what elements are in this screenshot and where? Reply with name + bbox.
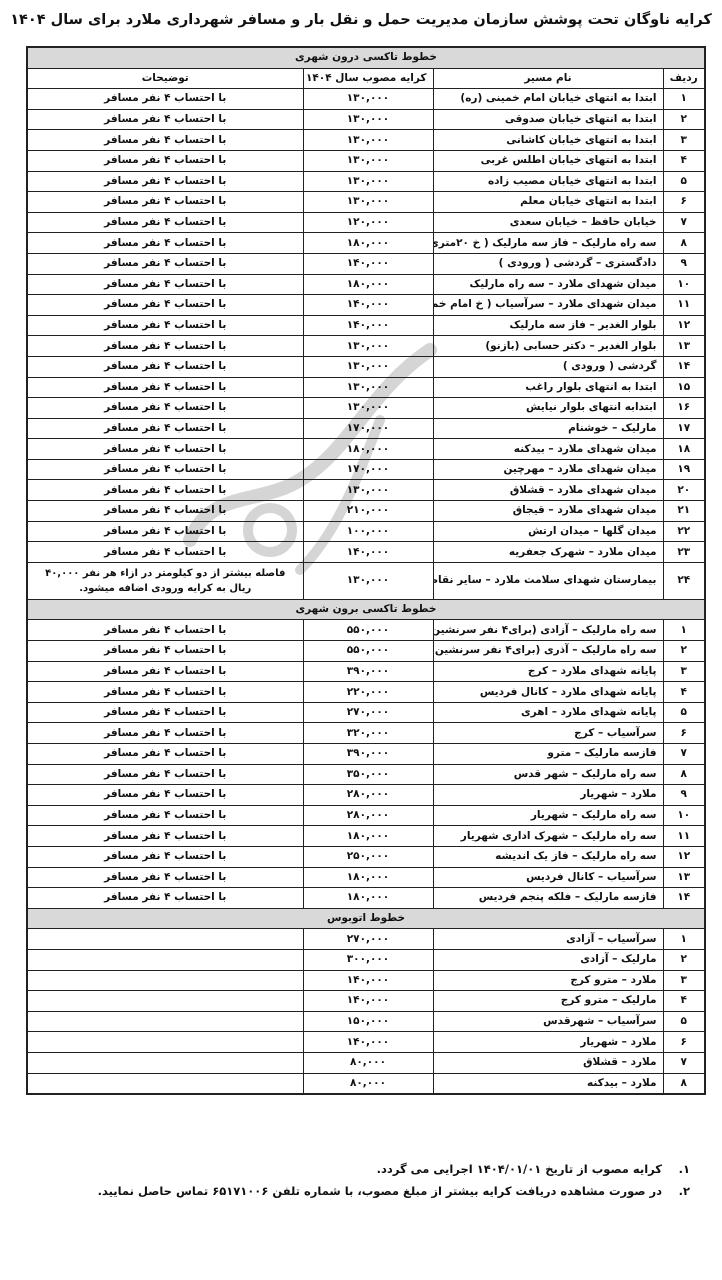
footnote-item: ۲.در صورت مشاهده دریافت کرایه بیشتر از م…	[98, 1180, 690, 1202]
table-row: ۱۹میدان شهدای ملارد – مهرچین۱۷۰,۰۰۰با اح…	[27, 459, 705, 480]
table-row: ۱۳سرآسیاب – کانال فردیس۱۸۰,۰۰۰با احتساب …	[27, 867, 705, 888]
row-index: ۴	[663, 150, 705, 171]
table-row: ۴ابتدا به انتهای خیابان اطلس غربی۱۳۰,۰۰۰…	[27, 150, 705, 171]
row-note: با احتساب ۴ نفر مسافر	[27, 620, 303, 641]
table-row: ۵پایانه شهدای ملارد – اهری۲۷۰,۰۰۰با احتس…	[27, 702, 705, 723]
row-index: ۹	[663, 785, 705, 806]
section-header: خطوط اتوبوس	[27, 908, 705, 929]
row-note: با احتساب ۴ نفر مسافر	[27, 682, 303, 703]
route-name: سه راه مارلیک – آزادی (برای۴ نفر سرنشین)	[433, 620, 663, 641]
fare-amount: ۳۹۰,۰۰۰	[303, 661, 433, 682]
row-index: ۶	[663, 1032, 705, 1053]
route-name: سه راه مارلیک – شهر قدس	[433, 764, 663, 785]
route-name: میدان شهدای ملارد – مهرچین	[433, 459, 663, 480]
table-row: ۱۱سه راه مارلیک – شهرک اداری شهریار۱۸۰,۰…	[27, 826, 705, 847]
row-note: با احتساب ۴ نفر مسافر	[27, 702, 303, 723]
fare-amount: ۱۴۰,۰۰۰	[303, 253, 433, 274]
fare-amount: ۱۳۰,۰۰۰	[303, 377, 433, 398]
table-row: ۴پایانه شهدای ملارد – کانال فردیس۲۲۰,۰۰۰…	[27, 682, 705, 703]
row-note	[27, 991, 303, 1012]
row-index: ۴	[663, 682, 705, 703]
fare-amount: ۱۴۰,۰۰۰	[303, 315, 433, 336]
fare-amount: ۸۰,۰۰۰	[303, 1073, 433, 1094]
route-name: بیمارستان شهدای سلامت ملارد – سایر نقاط …	[433, 562, 663, 599]
row-index: ۱۱	[663, 295, 705, 316]
fare-amount: ۱۸۰,۰۰۰	[303, 233, 433, 254]
row-note: با احتساب ۴ نفر مسافر	[27, 356, 303, 377]
table-row: ۱۰سه راه مارلیک – شهریار۲۸۰,۰۰۰با احتساب…	[27, 805, 705, 826]
fare-amount: ۱۳۰,۰۰۰	[303, 480, 433, 501]
row-index: ۳	[663, 970, 705, 991]
route-name: بلوار الغدیر – دکتر حسابی (بازنو)	[433, 336, 663, 357]
row-note: با احتساب ۴ نفر مسافر	[27, 846, 303, 867]
row-index: ۱۳	[663, 867, 705, 888]
row-note: با احتساب ۴ نفر مسافر	[27, 439, 303, 460]
route-name: فازسه مارلیک – مترو	[433, 744, 663, 765]
document-title: کرایه ناوگان تحت پوشش سازمان مدیریت حمل …	[0, 12, 722, 28]
column-header-route: نام مسیر	[433, 68, 663, 89]
table-row: ۳ملارد – مترو کرج۱۴۰,۰۰۰	[27, 970, 705, 991]
route-name: سه راه مارلیک – فاز یک اندیشه	[433, 846, 663, 867]
route-name: سه راه مارلیک – شهرک اداری شهریار	[433, 826, 663, 847]
fare-amount: ۲۸۰,۰۰۰	[303, 785, 433, 806]
fare-amount: ۱۳۰,۰۰۰	[303, 150, 433, 171]
table-row: ۸سه راه مارلیک – شهر قدس۳۵۰,۰۰۰با احتساب…	[27, 764, 705, 785]
fare-amount: ۱۳۰,۰۰۰	[303, 336, 433, 357]
table-row: ۵سرآسیاب – شهرقدس۱۵۰,۰۰۰	[27, 1011, 705, 1032]
row-index: ۱	[663, 620, 705, 641]
row-note	[27, 1073, 303, 1094]
fares-table: خطوط تاکسی درون شهریردیفنام مسیرکرایه مص…	[26, 46, 706, 1095]
row-index: ۱۹	[663, 459, 705, 480]
route-name: سه راه مارلیک – شهریار	[433, 805, 663, 826]
footnotes: ۱.کرایه مصوب از تاریخ ۱۴۰۴/۰۱/۰۱ اجرایی …	[98, 1158, 690, 1202]
table-row: ۹دادگستری – گردشی ( ورودی )۱۴۰,۰۰۰با احت…	[27, 253, 705, 274]
section-title: خطوط اتوبوس	[27, 908, 705, 929]
fare-amount: ۲۷۰,۰۰۰	[303, 702, 433, 723]
fare-amount: ۱۸۰,۰۰۰	[303, 888, 433, 909]
fare-amount: ۱۴۰,۰۰۰	[303, 542, 433, 563]
row-index: ۸	[663, 764, 705, 785]
table-row: ۲۳میدان ملارد – شهرک جعفریه۱۴۰,۰۰۰با احت…	[27, 542, 705, 563]
row-note: با احتساب ۴ نفر مسافر	[27, 109, 303, 130]
table-row: ۸سه راه مارلیک – فاز سه مارلیک ( خ ۲۰متر…	[27, 233, 705, 254]
row-index: ۱۲	[663, 846, 705, 867]
fare-amount: ۲۱۰,۰۰۰	[303, 501, 433, 522]
route-name: ملارد – مترو کرج	[433, 970, 663, 991]
footnote-item: ۱.کرایه مصوب از تاریخ ۱۴۰۴/۰۱/۰۱ اجرایی …	[98, 1158, 690, 1180]
route-name: میدان شهدای ملارد – قیجاق	[433, 501, 663, 522]
row-note: با احتساب ۴ نفر مسافر	[27, 521, 303, 542]
row-index: ۷	[663, 744, 705, 765]
row-note: با احتساب ۴ نفر مسافر	[27, 723, 303, 744]
fare-amount: ۱۳۰,۰۰۰	[303, 171, 433, 192]
row-index: ۳	[663, 130, 705, 151]
table-row: ۶ملارد – شهریار۱۴۰,۰۰۰	[27, 1032, 705, 1053]
footnote-text: کرایه مصوب از تاریخ ۱۴۰۴/۰۱/۰۱ اجرایی می…	[377, 1162, 662, 1176]
row-index: ۱۵	[663, 377, 705, 398]
row-index: ۱۲	[663, 315, 705, 336]
footnote-text: در صورت مشاهده دریافت کرایه بیشتر از مبل…	[98, 1184, 662, 1198]
section-title: خطوط تاکسی برون شهری	[27, 599, 705, 620]
fare-amount: ۳۰۰,۰۰۰	[303, 949, 433, 970]
route-name: مارلیک – مترو کرج	[433, 991, 663, 1012]
row-index: ۱۰	[663, 274, 705, 295]
row-index: ۳	[663, 661, 705, 682]
row-index: ۱۷	[663, 418, 705, 439]
row-index: ۵	[663, 171, 705, 192]
route-name: دادگستری – گردشی ( ورودی )	[433, 253, 663, 274]
row-note: با احتساب ۴ نفر مسافر	[27, 233, 303, 254]
table-row: ۱۳بلوار الغدیر – دکتر حسابی (بازنو)۱۳۰,۰…	[27, 336, 705, 357]
route-name: گردشی ( ورودی )	[433, 356, 663, 377]
fare-amount: ۳۲۰,۰۰۰	[303, 723, 433, 744]
row-note: با احتساب ۴ نفر مسافر	[27, 805, 303, 826]
fare-amount: ۵۵۰,۰۰۰	[303, 641, 433, 662]
row-index: ۲۱	[663, 501, 705, 522]
row-note: با احتساب ۴ نفر مسافر	[27, 459, 303, 480]
table-row: ۲سه راه مارلیک – آذری (برای۴ نفر سرنشین)…	[27, 641, 705, 662]
table-row: ۱۲بلوار الغدیر – فاز سه مارلیک۱۴۰,۰۰۰با …	[27, 315, 705, 336]
row-note: با احتساب ۴ نفر مسافر	[27, 171, 303, 192]
fare-amount: ۱۸۰,۰۰۰	[303, 439, 433, 460]
row-index: ۱۳	[663, 336, 705, 357]
route-name: ابتدا به انتهای خیابان معلم	[433, 192, 663, 213]
footnote-number: ۱.	[662, 1158, 690, 1180]
table-row: ۸ملارد – بیدکنه۸۰,۰۰۰	[27, 1073, 705, 1094]
row-note: با احتساب ۴ نفر مسافر	[27, 315, 303, 336]
row-note: با احتساب ۴ نفر مسافر	[27, 377, 303, 398]
table-row: ۹ملارد – شهریار۲۸۰,۰۰۰با احتساب ۴ نفر مس…	[27, 785, 705, 806]
row-index: ۲۲	[663, 521, 705, 542]
fare-amount: ۱۵۰,۰۰۰	[303, 1011, 433, 1032]
route-name: سرآسیاب – آزادی	[433, 929, 663, 950]
row-note: با احتساب ۴ نفر مسافر	[27, 89, 303, 110]
route-name: میدان شهدای ملارد – سرآسیاب ( خ امام خمی…	[433, 295, 663, 316]
row-index: ۲۴	[663, 562, 705, 599]
fare-amount: ۱۳۰,۰۰۰	[303, 109, 433, 130]
table-row: ۶سرآسیاب – کرج۳۲۰,۰۰۰با احتساب ۴ نفر مسا…	[27, 723, 705, 744]
column-header-index: ردیف	[663, 68, 705, 89]
fare-amount: ۲۲۰,۰۰۰	[303, 682, 433, 703]
row-note: با احتساب ۴ نفر مسافر	[27, 542, 303, 563]
row-note	[27, 970, 303, 991]
table-row: ۶ابتدا به انتهای خیابان معلم۱۳۰,۰۰۰با اح…	[27, 192, 705, 213]
route-name: سرآسیاب – کانال فردیس	[433, 867, 663, 888]
route-name: پایانه شهدای ملارد – کانال فردیس	[433, 682, 663, 703]
row-note: با احتساب ۴ نفر مسافر	[27, 764, 303, 785]
route-name: ابتدا به انتهای خیابان مصیب زاده	[433, 171, 663, 192]
row-note: با احتساب ۴ نفر مسافر	[27, 253, 303, 274]
fare-amount: ۱۳۰,۰۰۰	[303, 562, 433, 599]
table-row: ۲ابتدا به انتهای خیابان صدوقی۱۳۰,۰۰۰با ا…	[27, 109, 705, 130]
row-note: با احتساب ۴ نفر مسافر	[27, 274, 303, 295]
table-row: ۱ابتدا به انتهای خیابان امام خمینی (ره)۱…	[27, 89, 705, 110]
column-header-fare: کرایه مصوب سال ۱۴۰۴	[303, 68, 433, 89]
table-row: ۱۴گردشی ( ورودی )۱۳۰,۰۰۰با احتساب ۴ نفر …	[27, 356, 705, 377]
row-note: با احتساب ۴ نفر مسافر	[27, 744, 303, 765]
row-index: ۱۴	[663, 356, 705, 377]
table-row: ۲۱میدان شهدای ملارد – قیجاق۲۱۰,۰۰۰با احت…	[27, 501, 705, 522]
table-row: ۵ابتدا به انتهای خیابان مصیب زاده۱۳۰,۰۰۰…	[27, 171, 705, 192]
row-index: ۲	[663, 949, 705, 970]
row-index: ۲۳	[663, 542, 705, 563]
row-note	[27, 1032, 303, 1053]
fare-amount: ۱۴۰,۰۰۰	[303, 991, 433, 1012]
row-note: با احتساب ۴ نفر مسافر	[27, 501, 303, 522]
row-index: ۷	[663, 1052, 705, 1073]
table-row: ۷فازسه مارلیک – مترو۳۹۰,۰۰۰با احتساب ۴ ن…	[27, 744, 705, 765]
fare-amount: ۱۸۰,۰۰۰	[303, 274, 433, 295]
row-note: با احتساب ۴ نفر مسافر	[27, 888, 303, 909]
route-name: میدان شهدای ملارد – قشلاق	[433, 480, 663, 501]
table-row: ۲۴بیمارستان شهدای سلامت ملارد – سایر نقا…	[27, 562, 705, 599]
route-name: ابتدا به انتهای بلوار راغب	[433, 377, 663, 398]
row-note: با احتساب ۴ نفر مسافر	[27, 192, 303, 213]
row-index: ۲۰	[663, 480, 705, 501]
row-note: با احتساب ۴ نفر مسافر	[27, 480, 303, 501]
row-index: ۱	[663, 89, 705, 110]
table-row: ۱۵ابتدا به انتهای بلوار راغب۱۳۰,۰۰۰با اح…	[27, 377, 705, 398]
row-note: با احتساب ۴ نفر مسافر	[27, 150, 303, 171]
route-name: خیابان حافظ – خیابان سعدی	[433, 212, 663, 233]
table-row: ۱۴فازسه مارلیک – فلکه پنجم فردیس۱۸۰,۰۰۰ب…	[27, 888, 705, 909]
table-row: ۴مارلیک – مترو کرج۱۴۰,۰۰۰	[27, 991, 705, 1012]
row-note: با احتساب ۴ نفر مسافر	[27, 826, 303, 847]
column-header-row: ردیفنام مسیرکرایه مصوب سال ۱۴۰۴توضیحات	[27, 68, 705, 89]
table-row: ۱۲سه راه مارلیک – فاز یک اندیشه۲۵۰,۰۰۰با…	[27, 846, 705, 867]
row-index: ۲	[663, 641, 705, 662]
table-row: ۲۰میدان شهدای ملارد – قشلاق۱۳۰,۰۰۰با احت…	[27, 480, 705, 501]
route-name: سرآسیاب – کرج	[433, 723, 663, 744]
fare-amount: ۱۳۰,۰۰۰	[303, 356, 433, 377]
route-name: سه راه مارلیک – آذری (برای۴ نفر سرنشین)	[433, 641, 663, 662]
fare-amount: ۱۴۰,۰۰۰	[303, 970, 433, 991]
route-name: میدان شهدای ملارد – بیدکنه	[433, 439, 663, 460]
route-name: میدان گلها – میدان ارتش	[433, 521, 663, 542]
route-name: ملارد – شهریار	[433, 1032, 663, 1053]
route-name: سه راه مارلیک – فاز سه مارلیک ( خ ۲۰متری…	[433, 233, 663, 254]
section-title: خطوط تاکسی درون شهری	[27, 47, 705, 68]
route-name: ملارد – بیدکنه	[433, 1073, 663, 1094]
row-note	[27, 1052, 303, 1073]
table-row: ۳پایانه شهدای ملارد – کرج۳۹۰,۰۰۰با احتسا…	[27, 661, 705, 682]
row-note: با احتساب ۴ نفر مسافر	[27, 398, 303, 419]
fare-amount: ۲۵۰,۰۰۰	[303, 846, 433, 867]
route-name: ابتدا به انتهای خیابان کاشانی	[433, 130, 663, 151]
route-name: بلوار الغدیر – فاز سه مارلیک	[433, 315, 663, 336]
table-row: ۱سرآسیاب – آزادی۲۷۰,۰۰۰	[27, 929, 705, 950]
fare-amount: ۱۰۰,۰۰۰	[303, 521, 433, 542]
fare-amount: ۵۵۰,۰۰۰	[303, 620, 433, 641]
row-note: فاصله بیشتر از دو کیلومتر در ازاء هر نفر…	[27, 562, 303, 599]
row-index: ۵	[663, 1011, 705, 1032]
row-index: ۱	[663, 929, 705, 950]
fare-amount: ۱۷۰,۰۰۰	[303, 459, 433, 480]
table-row: ۱سه راه مارلیک – آزادی (برای۴ نفر سرنشین…	[27, 620, 705, 641]
route-name: ملارد – شهریار	[433, 785, 663, 806]
route-name: ابتدا به انتهای خیابان صدوقی	[433, 109, 663, 130]
fare-amount: ۱۴۰,۰۰۰	[303, 1032, 433, 1053]
table-row: ۳ابتدا به انتهای خیابان کاشانی۱۳۰,۰۰۰با …	[27, 130, 705, 151]
route-name: میدان ملارد – شهرک جعفریه	[433, 542, 663, 563]
table-row: ۱۷مارلیک – خوشنام۱۷۰,۰۰۰با احتساب ۴ نفر …	[27, 418, 705, 439]
route-name: سرآسیاب – شهرقدس	[433, 1011, 663, 1032]
fare-amount: ۲۷۰,۰۰۰	[303, 929, 433, 950]
section-header: خطوط تاکسی برون شهری	[27, 599, 705, 620]
column-header-note: توضیحات	[27, 68, 303, 89]
fare-amount: ۲۸۰,۰۰۰	[303, 805, 433, 826]
route-name: مارلیک – خوشنام	[433, 418, 663, 439]
row-note: با احتساب ۴ نفر مسافر	[27, 418, 303, 439]
fare-amount: ۱۸۰,۰۰۰	[303, 826, 433, 847]
row-index: ۶	[663, 192, 705, 213]
row-note: با احتساب ۴ نفر مسافر	[27, 130, 303, 151]
row-index: ۴	[663, 991, 705, 1012]
route-name: فازسه مارلیک – فلکه پنجم فردیس	[433, 888, 663, 909]
row-index: ۶	[663, 723, 705, 744]
route-name: ابتدابه انتهای بلوار نیایش	[433, 398, 663, 419]
row-note: با احتساب ۴ نفر مسافر	[27, 641, 303, 662]
row-note: با احتساب ۴ نفر مسافر	[27, 661, 303, 682]
route-name: پایانه شهدای ملارد – کرج	[433, 661, 663, 682]
table-row: ۱۱میدان شهدای ملارد – سرآسیاب ( خ امام خ…	[27, 295, 705, 316]
row-note	[27, 949, 303, 970]
route-name: مارلیک – آزادی	[433, 949, 663, 970]
fare-amount: ۱۸۰,۰۰۰	[303, 867, 433, 888]
fare-amount: ۱۷۰,۰۰۰	[303, 418, 433, 439]
route-name: ابتدا به انتهای خیابان اطلس غربی	[433, 150, 663, 171]
row-index: ۸	[663, 233, 705, 254]
row-index: ۱۰	[663, 805, 705, 826]
section-header: خطوط تاکسی درون شهری	[27, 47, 705, 68]
table-row: ۱۸میدان شهدای ملارد – بیدکنه۱۸۰,۰۰۰با اح…	[27, 439, 705, 460]
route-name: ملارد – قشلاق	[433, 1052, 663, 1073]
route-name: میدان شهدای ملارد – سه راه مارلیک	[433, 274, 663, 295]
row-index: ۱۶	[663, 398, 705, 419]
row-note	[27, 1011, 303, 1032]
row-note	[27, 929, 303, 950]
fare-amount: ۱۳۰,۰۰۰	[303, 89, 433, 110]
fare-amount: ۳۹۰,۰۰۰	[303, 744, 433, 765]
row-index: ۸	[663, 1073, 705, 1094]
row-index: ۲	[663, 109, 705, 130]
row-index: ۱۸	[663, 439, 705, 460]
route-name: پایانه شهدای ملارد – اهری	[433, 702, 663, 723]
route-name: ابتدا به انتهای خیابان امام خمینی (ره)	[433, 89, 663, 110]
row-note: با احتساب ۴ نفر مسافر	[27, 336, 303, 357]
row-note: با احتساب ۴ نفر مسافر	[27, 867, 303, 888]
fare-amount: ۳۵۰,۰۰۰	[303, 764, 433, 785]
row-index: ۱۱	[663, 826, 705, 847]
row-index: ۷	[663, 212, 705, 233]
row-index: ۱۴	[663, 888, 705, 909]
fare-amount: ۱۳۰,۰۰۰	[303, 398, 433, 419]
row-index: ۵	[663, 702, 705, 723]
table-row: ۱۶ابتدابه انتهای بلوار نیایش۱۳۰,۰۰۰با اح…	[27, 398, 705, 419]
table-row: ۱۰میدان شهدای ملارد – سه راه مارلیک۱۸۰,۰…	[27, 274, 705, 295]
fare-amount: ۱۳۰,۰۰۰	[303, 192, 433, 213]
fare-amount: ۱۳۰,۰۰۰	[303, 130, 433, 151]
fare-amount: ۸۰,۰۰۰	[303, 1052, 433, 1073]
footnote-number: ۲.	[662, 1180, 690, 1202]
table-row: ۷ملارد – قشلاق۸۰,۰۰۰	[27, 1052, 705, 1073]
row-note: با احتساب ۴ نفر مسافر	[27, 212, 303, 233]
table-row: ۷خیابان حافظ – خیابان سعدی۱۲۰,۰۰۰با احتس…	[27, 212, 705, 233]
fare-amount: ۱۲۰,۰۰۰	[303, 212, 433, 233]
row-index: ۹	[663, 253, 705, 274]
fare-amount: ۱۴۰,۰۰۰	[303, 295, 433, 316]
row-note: با احتساب ۴ نفر مسافر	[27, 785, 303, 806]
row-note: با احتساب ۴ نفر مسافر	[27, 295, 303, 316]
table-row: ۲۲میدان گلها – میدان ارتش۱۰۰,۰۰۰با احتسا…	[27, 521, 705, 542]
table-row: ۲مارلیک – آزادی۳۰۰,۰۰۰	[27, 949, 705, 970]
